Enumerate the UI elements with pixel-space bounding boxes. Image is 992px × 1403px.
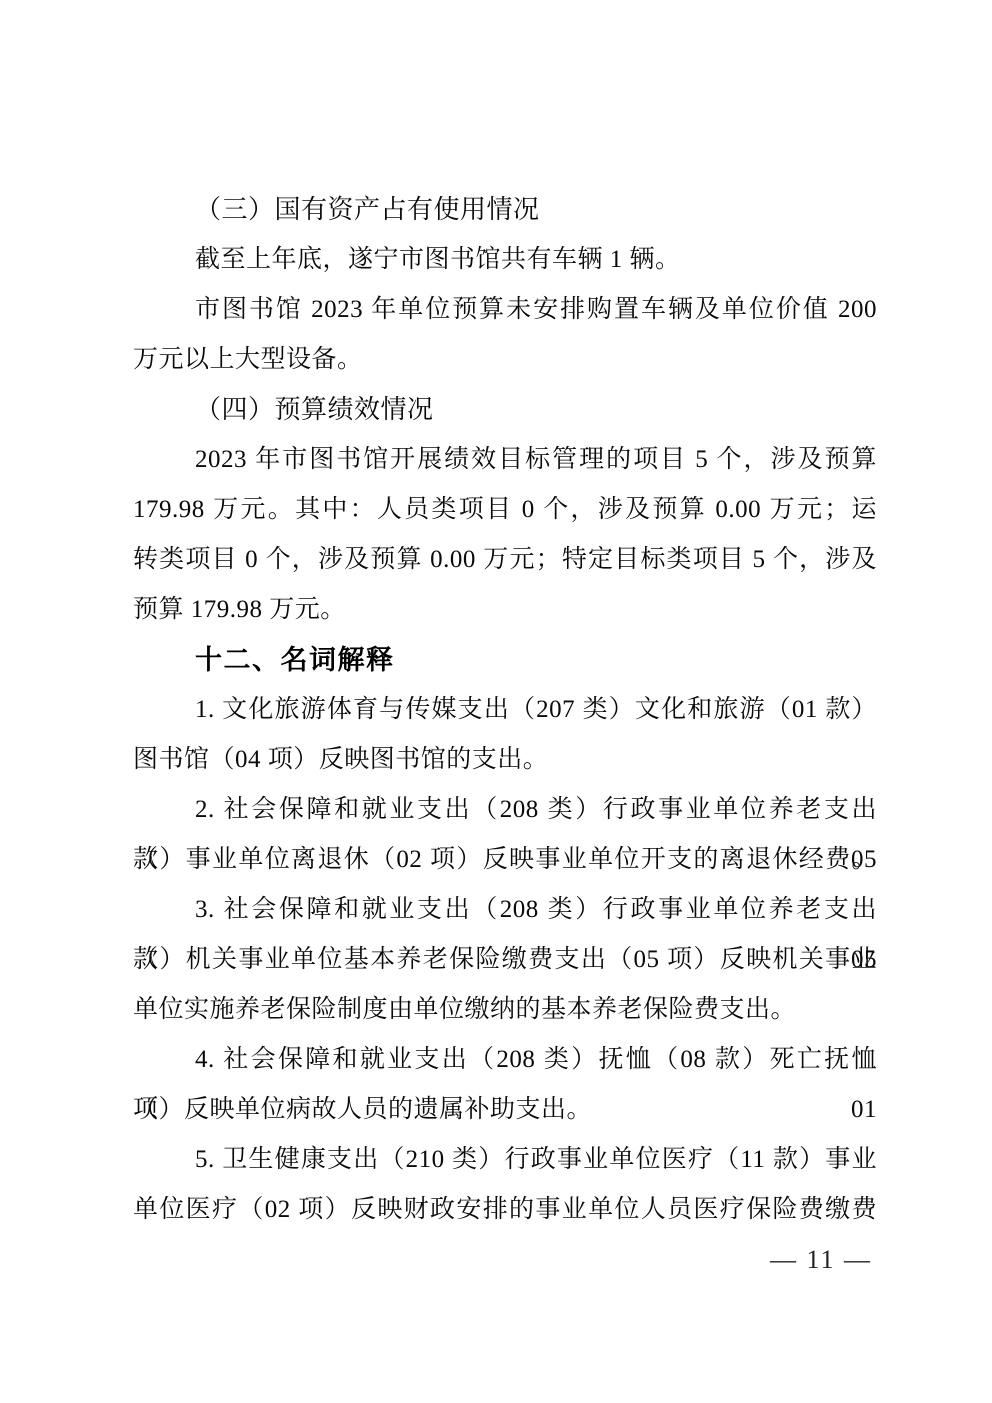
glossary-item-2-line: 2. 社会保障和就业支出（208 类）行政事业单位养老支出（05 [133, 785, 877, 835]
glossary-item-2-line: 款）事业单位离退休（02 项）反映事业单位开支的离退休经费。 [133, 835, 877, 885]
page-number: — 11 — [770, 1235, 872, 1285]
section-heading-state-assets: （三）国有资产占有使用情况 [133, 185, 877, 235]
glossary-item-5-line: 5. 卫生健康支出（210 类）行政事业单位医疗（11 款）事业 [133, 1135, 877, 1185]
paragraph-line: 万元以上大型设备。 [133, 335, 877, 385]
glossary-item-3-line: 3. 社会保障和就业支出（208 类）行政事业单位养老支出（05 [133, 885, 877, 935]
paragraph-line: 预算 179.98 万元。 [133, 585, 877, 635]
glossary-item-1-line: 1. 文化旅游体育与传媒支出（207 类）文化和旅游（01 款） [133, 685, 877, 735]
paragraph-line: 截至上年底，遂宁市图书馆共有车辆 1 辆。 [133, 235, 877, 285]
paragraph-line: 市图书馆 2023 年单位预算未安排购置车辆及单位价值 200 [133, 285, 877, 335]
chapter-heading-glossary: 十二、名词解释 [133, 635, 877, 685]
glossary-item-5-line: 单位医疗（02 项）反映财政安排的事业单位人员医疗保险费缴费 [133, 1185, 877, 1235]
glossary-item-3-line: 款）机关事业单位基本养老保险缴费支出（05 项）反映机关事业 [133, 935, 877, 985]
glossary-item-1-line: 图书馆（04 项）反映图书馆的支出。 [133, 735, 877, 785]
section-heading-budget-performance: （四）预算绩效情况 [133, 385, 877, 435]
document-page: （三）国有资产占有使用情况 截至上年底，遂宁市图书馆共有车辆 1 辆。 市图书馆… [0, 0, 992, 1403]
paragraph-line: 转类项目 0 个，涉及预算 0.00 万元；特定目标类项目 5 个，涉及 [133, 535, 877, 585]
glossary-item-4-line: 4. 社会保障和就业支出（208 类）抚恤（08 款）死亡抚恤（01 [133, 1035, 877, 1085]
glossary-item-3-line: 单位实施养老保险制度由单位缴纳的基本养老保险费支出。 [133, 985, 877, 1035]
document-body: （三）国有资产占有使用情况 截至上年底，遂宁市图书馆共有车辆 1 辆。 市图书馆… [133, 185, 877, 1235]
paragraph-line: 179.98 万元。其中：人员类项目 0 个，涉及预算 0.00 万元；运 [133, 485, 877, 535]
paragraph-line: 2023 年市图书馆开展绩效目标管理的项目 5 个，涉及预算 [133, 435, 877, 485]
